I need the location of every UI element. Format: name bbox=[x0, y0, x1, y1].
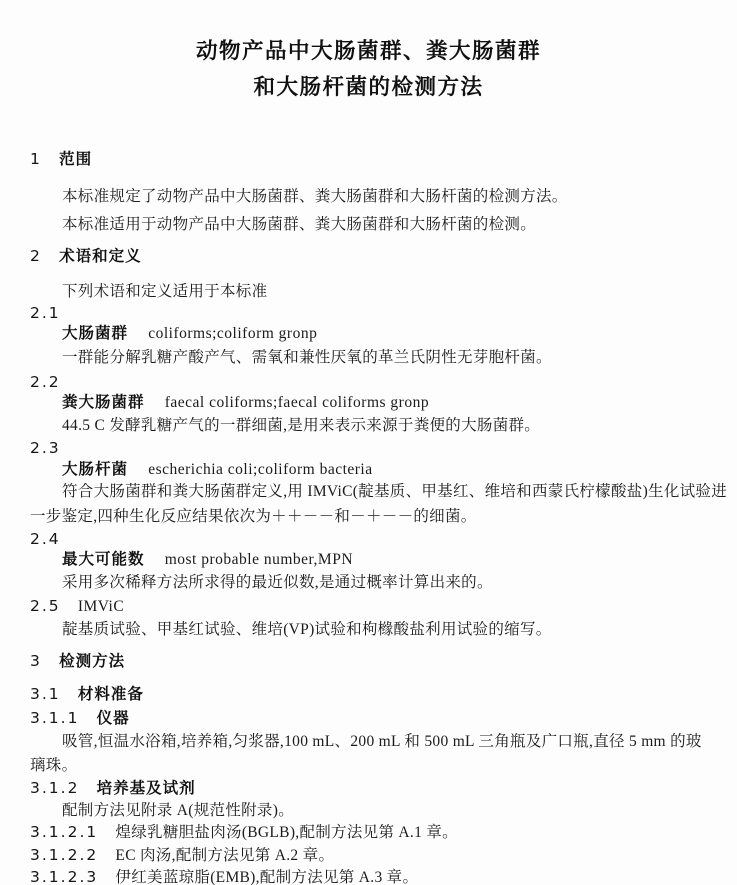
clause-3-1-1-paragraph-line2: 璃珠。 bbox=[30, 755, 77, 776]
clause-2-5-term-en: IMViC bbox=[78, 598, 124, 615]
clause-2-4-definition: 采用多次稀释方法所求得的最近似数,是通过概率计算出来的。 bbox=[62, 572, 493, 593]
clause-2-3-term-line: 大肠杆菌 escherichia coli;coliform bacteria bbox=[62, 459, 373, 480]
clause-2-3-term-en: escherichia coli;coliform bacteria bbox=[148, 461, 372, 478]
clause-3-1-1-number: 3.1.1 bbox=[30, 709, 79, 727]
clause-2-3-term: 大肠杆菌 bbox=[62, 461, 128, 478]
clause-2-4-term-en: most probable number,MPN bbox=[165, 551, 353, 568]
clause-3-1-2-1-item: 3.1.2.1 煌绿乳糖胆盐肉汤(BGLB),配制方法见第 A.1 章。 bbox=[30, 822, 458, 843]
doc-title-line1: 动物产品中大肠菌群、粪大肠菌群 bbox=[0, 34, 737, 65]
clause-2-1-number: 2.1 bbox=[30, 303, 74, 324]
clause-3-1-2-number: 3.1.2 bbox=[30, 779, 79, 797]
doc-title-line2: 和大肠杆菌的检测方法 bbox=[0, 70, 737, 101]
clause-2-2-term: 粪大肠菌群 bbox=[62, 394, 145, 411]
section-1-heading: 1 范围 bbox=[30, 149, 92, 170]
section-3-number: 3 bbox=[30, 652, 42, 670]
clause-2-4-term-line: 最大可能数 most probable number,MPN bbox=[62, 549, 353, 570]
clause-3-1-number: 3.1 bbox=[30, 685, 61, 703]
clause-3-1-2-2-text: EC 肉汤,配制方法见第 A.2 章。 bbox=[115, 847, 334, 864]
clause-2-4-number: 2.4 bbox=[30, 529, 74, 550]
clause-2-5-definition: 靛基质试验、甲基红试验、维培(VP)试验和枸橼酸盐利用试验的缩写。 bbox=[62, 619, 552, 640]
clause-2-5-number: 2.5 bbox=[30, 597, 61, 615]
clause-3-1-2-3-text: 伊红美蓝琼脂(EMB),配制方法见第 A.3 章。 bbox=[115, 869, 418, 885]
section-1-heading-text: 范围 bbox=[59, 151, 92, 168]
clause-2-2-definition: 44.5 C 发酵乳糖产气的一群细菌,是用来表示来源于粪便的大肠菌群。 bbox=[62, 415, 540, 436]
document-page: 动物产品中大肠菌群、粪大肠菌群 和大肠杆菌的检测方法 1 范围 本标准规定了动物… bbox=[0, 0, 737, 885]
clause-3-1-heading-text: 材料准备 bbox=[78, 686, 144, 703]
clause-2-1-definition: 一群能分解乳糖产酸产气、需氧和兼性厌氧的革兰氏阴性无芽胞杆菌。 bbox=[62, 347, 552, 368]
clause-2-4-term: 最大可能数 bbox=[62, 551, 145, 568]
clause-3-1-1-heading: 3.1.1 仪器 bbox=[30, 708, 130, 729]
clause-3-1-2-heading: 3.1.2 培养基及试剂 bbox=[30, 778, 196, 799]
clause-2-1-term-line: 大肠菌群 coliforms;coliform gronp bbox=[62, 323, 317, 344]
clause-3-1-2-1-text: 煌绿乳糖胆盐肉汤(BGLB),配制方法见第 A.1 章。 bbox=[115, 824, 458, 841]
section-1-paragraph-1: 本标准规定了动物产品中大肠菌群、粪大肠菌群和大肠杆菌的检测方法。 bbox=[62, 186, 568, 207]
clause-3-1-2-2-item: 3.1.2.2 EC 肉汤,配制方法见第 A.2 章。 bbox=[30, 845, 334, 866]
clause-3-1-2-1-number: 3.1.2.1 bbox=[30, 823, 98, 841]
clause-2-5-heading: 2.5 IMViC bbox=[30, 596, 124, 617]
clause-2-2-term-en: faecal coliforms;faecal coliforms gronp bbox=[165, 394, 429, 411]
clause-2-3-definition-line2: 一步鉴定,四种生化反应结果依次为＋＋－－和－＋－－的细菌。 bbox=[30, 506, 477, 527]
section-3-heading: 3 检测方法 bbox=[30, 651, 125, 672]
clause-3-1-2-3-number: 3.1.2.3 bbox=[30, 868, 98, 885]
clause-3-1-1-paragraph-line1: 吸管,恒温水浴箱,培养箱,匀浆器,100 mL、200 mL 和 500 mL … bbox=[62, 731, 702, 752]
clause-3-1-1-heading-text: 仪器 bbox=[97, 710, 130, 727]
section-2-number: 2 bbox=[30, 247, 42, 265]
clause-2-3-definition-line1: 符合大肠菌群和粪大肠菌群定义,用 IMViC(靛基质、甲基红、维培和西蒙氏柠檬酸… bbox=[62, 481, 727, 502]
clause-3-1-2-heading-text: 培养基及试剂 bbox=[97, 780, 196, 797]
section-2-heading: 2 术语和定义 bbox=[30, 246, 142, 267]
clause-3-1-2-2-number: 3.1.2.2 bbox=[30, 846, 98, 864]
clause-2-2-number: 2.2 bbox=[30, 372, 74, 393]
section-1-paragraph-2: 本标准适用于动物产品中大肠菌群、粪大肠菌群和大肠杆菌的检测。 bbox=[62, 214, 536, 235]
section-3-heading-text: 检测方法 bbox=[59, 653, 125, 670]
section-2-heading-text: 术语和定义 bbox=[59, 248, 142, 265]
clause-2-1-term-en: coliforms;coliform gronp bbox=[148, 325, 317, 342]
clause-2-1-term: 大肠菌群 bbox=[62, 325, 128, 342]
clause-2-3-number: 2.3 bbox=[30, 438, 74, 459]
clause-3-1-2-3-item: 3.1.2.3 伊红美蓝琼脂(EMB),配制方法见第 A.3 章。 bbox=[30, 867, 418, 885]
section-1-number: 1 bbox=[30, 150, 42, 168]
section-2-intro: 下列术语和定义适用于本标准 bbox=[62, 281, 267, 302]
clause-3-1-2-intro: 配制方法见附录 A(规范性附录)。 bbox=[62, 800, 294, 821]
clause-2-2-term-line: 粪大肠菌群 faecal coliforms;faecal coliforms … bbox=[62, 392, 429, 413]
clause-3-1-heading: 3.1 材料准备 bbox=[30, 684, 144, 705]
